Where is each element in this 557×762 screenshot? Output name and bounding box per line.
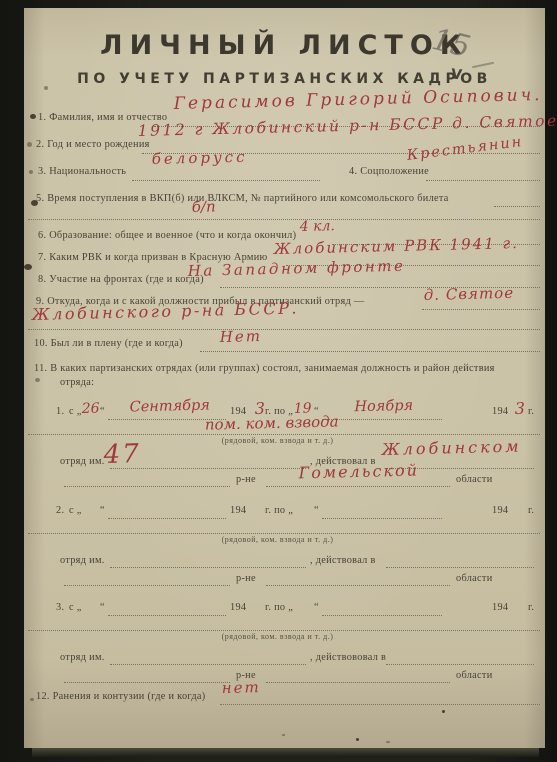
from-month-rule (108, 518, 226, 519)
printed-to: г. по „ (265, 602, 293, 613)
to-month-rule (322, 518, 442, 519)
field-1-value: Герасимов Григорий Осипович. (174, 85, 543, 114)
field-4-label: 4. Соцположение (349, 166, 429, 177)
to-year-value: 3 (515, 399, 526, 418)
record-number: 2. (56, 505, 64, 516)
unit-value: 47 (103, 439, 141, 470)
paper-blemish (29, 170, 33, 174)
printed-year-prefix: 194 (492, 505, 508, 516)
printed-district: р-не (236, 573, 256, 584)
printed-quote: “ (100, 406, 105, 417)
document-page: ЛИЧНЫЙ ЛИСТОК ПО УЧЕТУ ПАРТИЗАНСКИХ КАДР… (24, 8, 545, 748)
field-6-label: 6. Образование: общее и военное (что и к… (38, 230, 296, 241)
district-row: р-не Гомельской области (24, 474, 545, 490)
to-month-rule (322, 615, 442, 616)
unit-rule (110, 567, 306, 568)
field-3-label: 3. Национальность (38, 166, 126, 177)
printed-quote: “ (314, 602, 319, 613)
service-record-3-date-row: 3. с „ “ 194 г. по „ “ 194 г. (24, 602, 545, 618)
district-rule-2 (266, 585, 450, 586)
printed-district: р-не (236, 474, 256, 485)
printed-operated-in: , действововал в (310, 652, 386, 663)
position-caption: (рядовой, ком. взвода и т. д.) (24, 632, 531, 641)
printed-unit-label: отряд им. (60, 555, 105, 566)
service-record-2: 2. с „ “ 194 г. по „ “ 194 г. (рядовой, … (24, 503, 545, 595)
document-subtitle: ПО УЧЕТУ ПАРТИЗАНСКИХ КАДРОВ (24, 71, 545, 87)
paper-blemish (386, 741, 390, 743)
oblast-value: Гомельской (274, 460, 444, 483)
from-month-value (108, 496, 232, 499)
printed-from: с „ (69, 406, 82, 417)
service-record-1: 1. с „ 26 “ Сентября 194 3 г. по „ 19 “ … (24, 404, 545, 496)
printed-to: г. по „ (265, 505, 293, 516)
field-4-rule (426, 180, 540, 181)
printed-year-suffix: г. (528, 602, 534, 613)
from-month-rule (108, 615, 226, 616)
to-month-value (322, 496, 446, 499)
district-rule-2 (266, 682, 450, 683)
printed-unit-label: отряд им. (60, 456, 105, 467)
paper-blemish (442, 710, 445, 713)
printed-oblast: области (456, 474, 493, 485)
position-value: пом. ком. взвода (192, 412, 352, 434)
from-month-value: Сентября (108, 397, 232, 416)
field-2-label: 2. Год и место рождения (36, 139, 150, 150)
from-day-value: 26 (82, 401, 100, 417)
check-mark: V (450, 66, 462, 83)
district-row: р-не области (24, 573, 545, 589)
position-rule-row: (рядовой, ком. взвода и т. д.) (24, 630, 545, 646)
field-11-label-line1: 11. В каких партизанских отрядах (или гр… (34, 363, 495, 374)
region-rule (386, 567, 534, 568)
paper-blemish (30, 114, 36, 119)
printed-year-prefix: 194 (230, 602, 246, 613)
printed-quote: “ (100, 602, 105, 613)
field-4-value: Крестьянин (406, 134, 524, 164)
paper-blemish (31, 200, 38, 206)
field-10-label: 10. Был ли в плену (где и когда) (34, 338, 183, 349)
printed-year-suffix: г. (528, 406, 534, 417)
field-11-label-line2: отряда: (60, 377, 94, 388)
district-rule-1 (64, 486, 230, 487)
position-rule-row: (рядовой, ком. взвода и т. д.) (24, 533, 545, 549)
district-rule-1 (64, 682, 230, 683)
service-record-2-date-row: 2. с „ “ 194 г. по „ “ 194 г. (24, 505, 545, 521)
field-9-rule-2 (28, 329, 540, 330)
field-12-value: нет (222, 678, 261, 697)
position-rule (28, 434, 540, 435)
district-rule-2 (266, 486, 450, 487)
record-number: 1. (56, 406, 64, 417)
paper-blemish (35, 378, 40, 382)
printed-year-prefix: 194 (492, 602, 508, 613)
field-12-rule (220, 704, 540, 705)
field-8-label: 8. Участие на фронтах (где и когда) (38, 274, 204, 285)
field-3-value: белорусс (152, 148, 248, 168)
record-number: 3. (56, 602, 64, 613)
position-caption: (рядовой, ком. взвода и т. д.) (24, 535, 531, 544)
paper-blemish (44, 86, 48, 90)
unit-row: отряд им. , действововал в (24, 652, 545, 668)
field-10-value: Нет (220, 327, 263, 346)
district-row: р-не области (24, 670, 545, 686)
unit-row: отряд им. , действовал в (24, 555, 545, 571)
printed-quote: “ (314, 505, 319, 516)
field-5-rule (28, 219, 540, 220)
field-7-value: Жлобинским РВК 1941 г. (274, 234, 520, 258)
printed-oblast: области (456, 670, 493, 681)
printed-operated-in: , действовал в (310, 555, 376, 566)
position-rule (28, 533, 540, 534)
paper-blemish (27, 142, 32, 147)
printed-quote: “ (100, 505, 105, 516)
field-12-label: 12. Ранения и контузии (где и когда) (36, 691, 206, 702)
field-2-value: 1912 г Жлобинский р-н БССР д. Святое (138, 112, 557, 140)
paper-blemish (30, 698, 34, 701)
field-9-rule-1 (422, 309, 540, 310)
printed-year-prefix: 194 (492, 406, 508, 417)
printed-from: с „ (69, 505, 82, 516)
printed-from: с „ (69, 602, 82, 613)
field-9-value-line1: д. Святое (424, 284, 515, 304)
printed-unit-label: отряд им. (60, 652, 105, 663)
service-record-3: 3. с „ “ 194 г. по „ “ 194 г. (рядовой, … (24, 600, 545, 692)
field-10-rule (200, 351, 540, 352)
field-5-label: 5. Время поступления в ВКП(б) или ВЛКСМ,… (36, 193, 449, 204)
position-rule (28, 630, 540, 631)
field-6-value: 4 кл. (300, 218, 335, 235)
district-rule-1 (64, 585, 230, 586)
field-5-value: б/п (192, 197, 216, 216)
field-3-rule (132, 180, 320, 181)
field-5-rule-tail (494, 206, 540, 207)
scanned-document-view: ЛИЧНЫЙ ЛИСТОК ПО УЧЕТУ ПАРТИЗАНСКИХ КАДР… (0, 0, 557, 762)
printed-oblast: области (456, 573, 493, 584)
unit-rule (110, 664, 306, 665)
paper-blemish (356, 738, 359, 741)
region-value: Жлобинском (382, 437, 522, 459)
paper-blemish (24, 264, 32, 270)
printed-year-suffix: г. (528, 505, 534, 516)
printed-year-prefix: 194 (230, 505, 246, 516)
paper-blemish (282, 734, 285, 736)
region-rule (386, 664, 534, 665)
pencil-stroke (472, 62, 494, 69)
